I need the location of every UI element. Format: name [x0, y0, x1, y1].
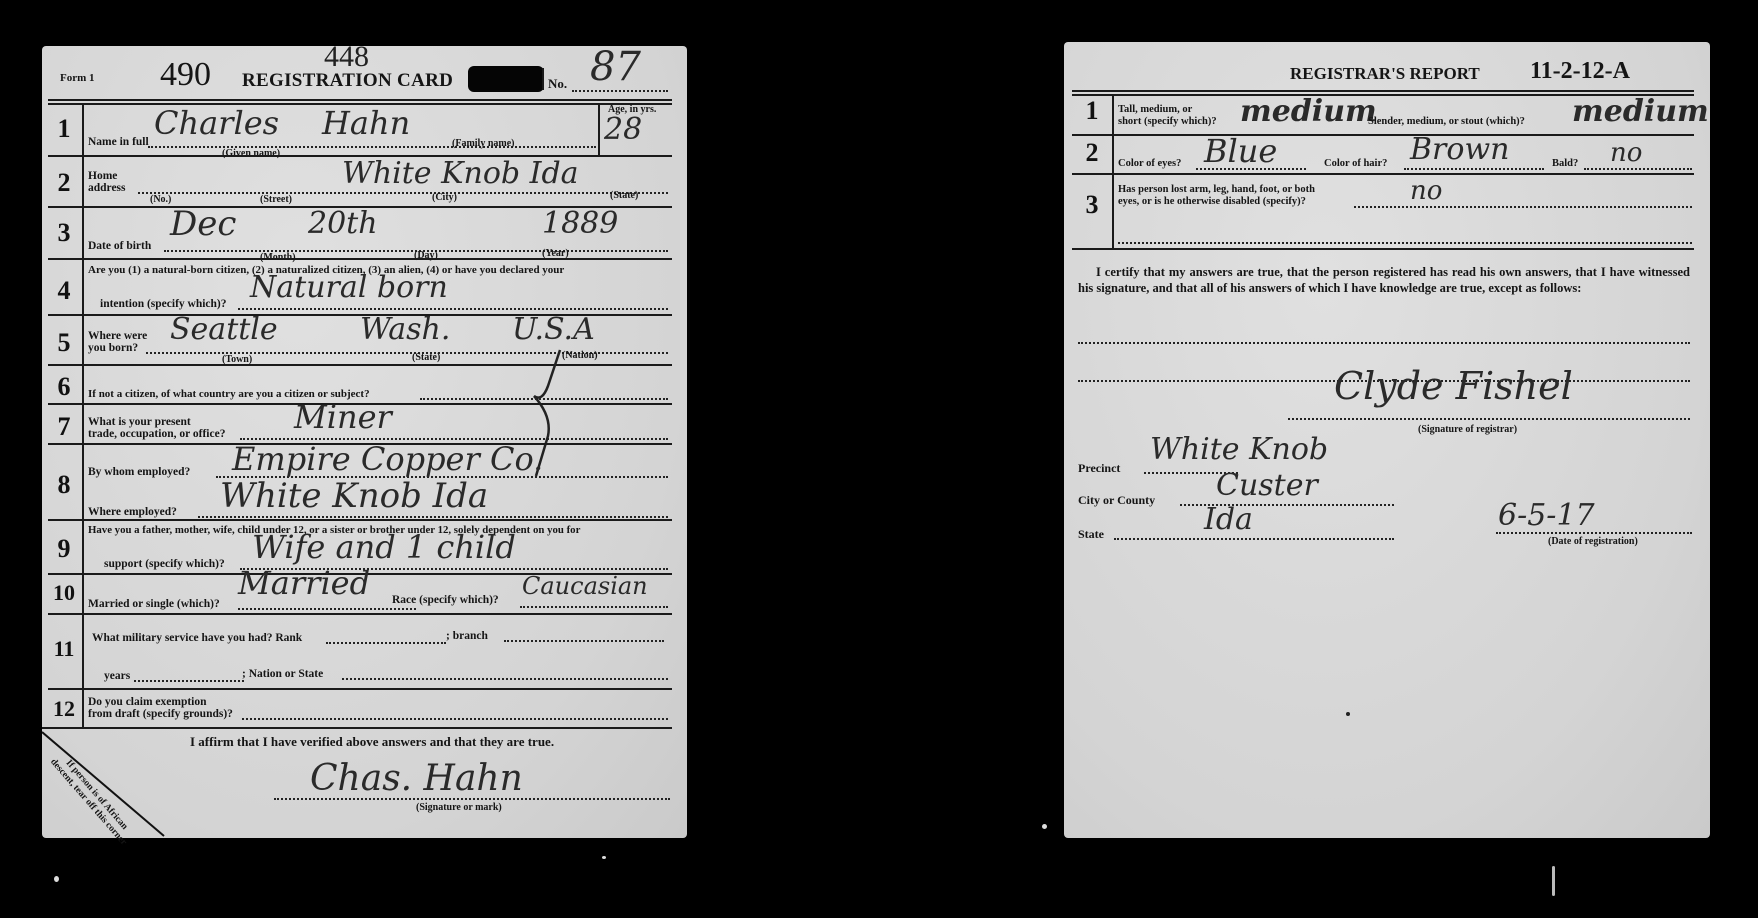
row-number: 8	[46, 470, 82, 500]
ink-speck	[1346, 712, 1350, 716]
birthplace-state-value: Wash.	[360, 312, 450, 347]
form-code: 11-2-12-A	[1530, 58, 1630, 85]
race-value: Caucasian	[522, 572, 648, 600]
row-number: 9	[46, 534, 82, 564]
row-number: 12	[46, 696, 82, 722]
field-label: Name in full	[88, 136, 149, 148]
field-label: Married or single (which)?	[88, 598, 220, 610]
employer-value: Empire Copper Co.	[232, 440, 543, 478]
eye-color-value: Blue	[1204, 132, 1277, 170]
employment-place-value: White Knob Ida	[220, 476, 488, 516]
signature-caption: (Signature or mark)	[416, 802, 502, 813]
row-number: 10	[46, 580, 82, 606]
affirmation-text: I affirm that I have verified above answ…	[190, 734, 554, 750]
height-value: medium	[1240, 94, 1377, 129]
field-label: from draft (specify grounds)?	[88, 708, 233, 720]
registrar-signature: Clyde Fishel	[1334, 364, 1573, 408]
sub-label: (City)	[432, 192, 457, 203]
field-label: short (specify which)?	[1118, 116, 1217, 128]
field-label: address	[88, 182, 126, 194]
row-number: 3	[46, 218, 82, 248]
build-value: medium	[1572, 94, 1709, 129]
field-label: Slender, medium, or stout (which)?	[1368, 116, 1525, 128]
field-label: Home	[88, 170, 117, 182]
occupation-value: Miner	[294, 398, 392, 436]
field-label: support (specify which)?	[104, 558, 225, 570]
field-label: Date of birth	[88, 240, 151, 252]
registrar-signature-caption: (Signature of registrar)	[1418, 424, 1517, 435]
field-label: ; Nation or State	[242, 668, 323, 680]
precinct-value: White Knob	[1150, 432, 1328, 467]
citizenship-value: Natural born	[250, 270, 448, 305]
row-number: 7	[46, 412, 82, 442]
birthplace-town-value: Seattle	[170, 312, 278, 347]
number-value: 87	[590, 44, 641, 90]
dust-speck	[602, 856, 606, 859]
field-label: ; branch	[446, 630, 488, 642]
disability-value: no	[1410, 176, 1442, 206]
row-number: 2	[46, 168, 82, 198]
card-title: REGISTRATION CARD	[242, 70, 453, 92]
field-label: Color of eyes?	[1118, 158, 1181, 170]
given-name-value: Charles	[154, 104, 279, 142]
dependents-value: Wife and 1 child	[252, 528, 516, 566]
dust-speck	[1552, 866, 1555, 896]
field-label: Where employed?	[88, 506, 177, 518]
field-label: intention (specify which)?	[100, 298, 227, 310]
row-number: 2	[1074, 138, 1110, 168]
family-name-value: Hahn	[322, 104, 410, 142]
sub-label: (Family name)	[452, 138, 515, 149]
registration-card: Form 1 490 448 REGISTRATION CARD No. 87 …	[42, 46, 687, 838]
row-number: 1	[1074, 96, 1110, 126]
birth-day-value: 20th	[308, 206, 378, 241]
redaction-block	[468, 66, 544, 92]
birth-year-value: 1889	[542, 206, 618, 241]
row-number: 1	[46, 114, 82, 144]
row-number: 5	[46, 328, 82, 358]
serial-printed: 490	[160, 56, 211, 94]
field-label: What military service have you had? Rank	[92, 632, 302, 644]
dust-speck	[1042, 824, 1047, 829]
row-number: 3	[1074, 190, 1110, 220]
birthplace-nation-value: U.S.A	[512, 312, 595, 347]
field-label: trade, occupation, or office?	[88, 428, 225, 440]
form-label: Form 1	[60, 72, 95, 84]
field-label: you born?	[88, 342, 138, 354]
field-label: Bald?	[1552, 158, 1578, 170]
serial-handwritten: 448	[324, 40, 369, 74]
registration-date-caption: (Date of registration)	[1548, 536, 1638, 547]
sub-label: (No.)	[150, 194, 171, 205]
registrars-report-card: REGISTRAR'S REPORT 11-2-12-A 1 Tall, med…	[1064, 42, 1710, 838]
precinct-label: Precinct	[1078, 462, 1120, 474]
sub-label: (State)	[412, 352, 440, 363]
field-label: Race (specify which)?	[392, 594, 499, 606]
registration-date-value: 6-5-17	[1498, 498, 1595, 533]
home-address-value: White Knob Ida	[342, 156, 579, 191]
number-label: No.	[548, 76, 567, 92]
state-value: Ida	[1204, 502, 1253, 537]
sub-label: (State)	[610, 190, 638, 201]
row-number: 6	[46, 372, 82, 402]
age-value: 28	[604, 112, 642, 147]
county-label: City or County	[1078, 494, 1155, 506]
field-label: What is your present	[88, 416, 191, 428]
registrant-signature: Chas. Hahn	[310, 758, 523, 799]
marital-status-value: Married	[238, 564, 370, 602]
row-number: 4	[46, 276, 82, 306]
report-title: REGISTRAR'S REPORT	[1290, 64, 1480, 84]
state-label: State	[1078, 528, 1104, 540]
birth-month-value: Dec	[170, 204, 236, 244]
field-label: eyes, or is he otherwise disabled (speci…	[1118, 196, 1306, 208]
dust-speck	[54, 876, 59, 882]
field-label: Color of hair?	[1324, 158, 1387, 170]
field-label: Where were	[88, 330, 147, 342]
county-value: Custer	[1216, 468, 1318, 503]
certification-text: I certify that my answers are true, that…	[1078, 264, 1690, 296]
field-label: By whom employed?	[88, 466, 190, 478]
field-label: Tall, medium, or	[1118, 104, 1192, 116]
field-label: years	[104, 670, 130, 682]
hair-color-value: Brown	[1410, 132, 1509, 167]
field-label: Has person lost arm, leg, hand, foot, or…	[1118, 184, 1315, 196]
field-label: Do you claim exemption	[88, 696, 207, 708]
row-number: 11	[46, 636, 82, 662]
sub-label: (Given name)	[222, 148, 280, 159]
bald-value: no	[1610, 138, 1642, 168]
sub-label: (Street)	[260, 194, 292, 205]
